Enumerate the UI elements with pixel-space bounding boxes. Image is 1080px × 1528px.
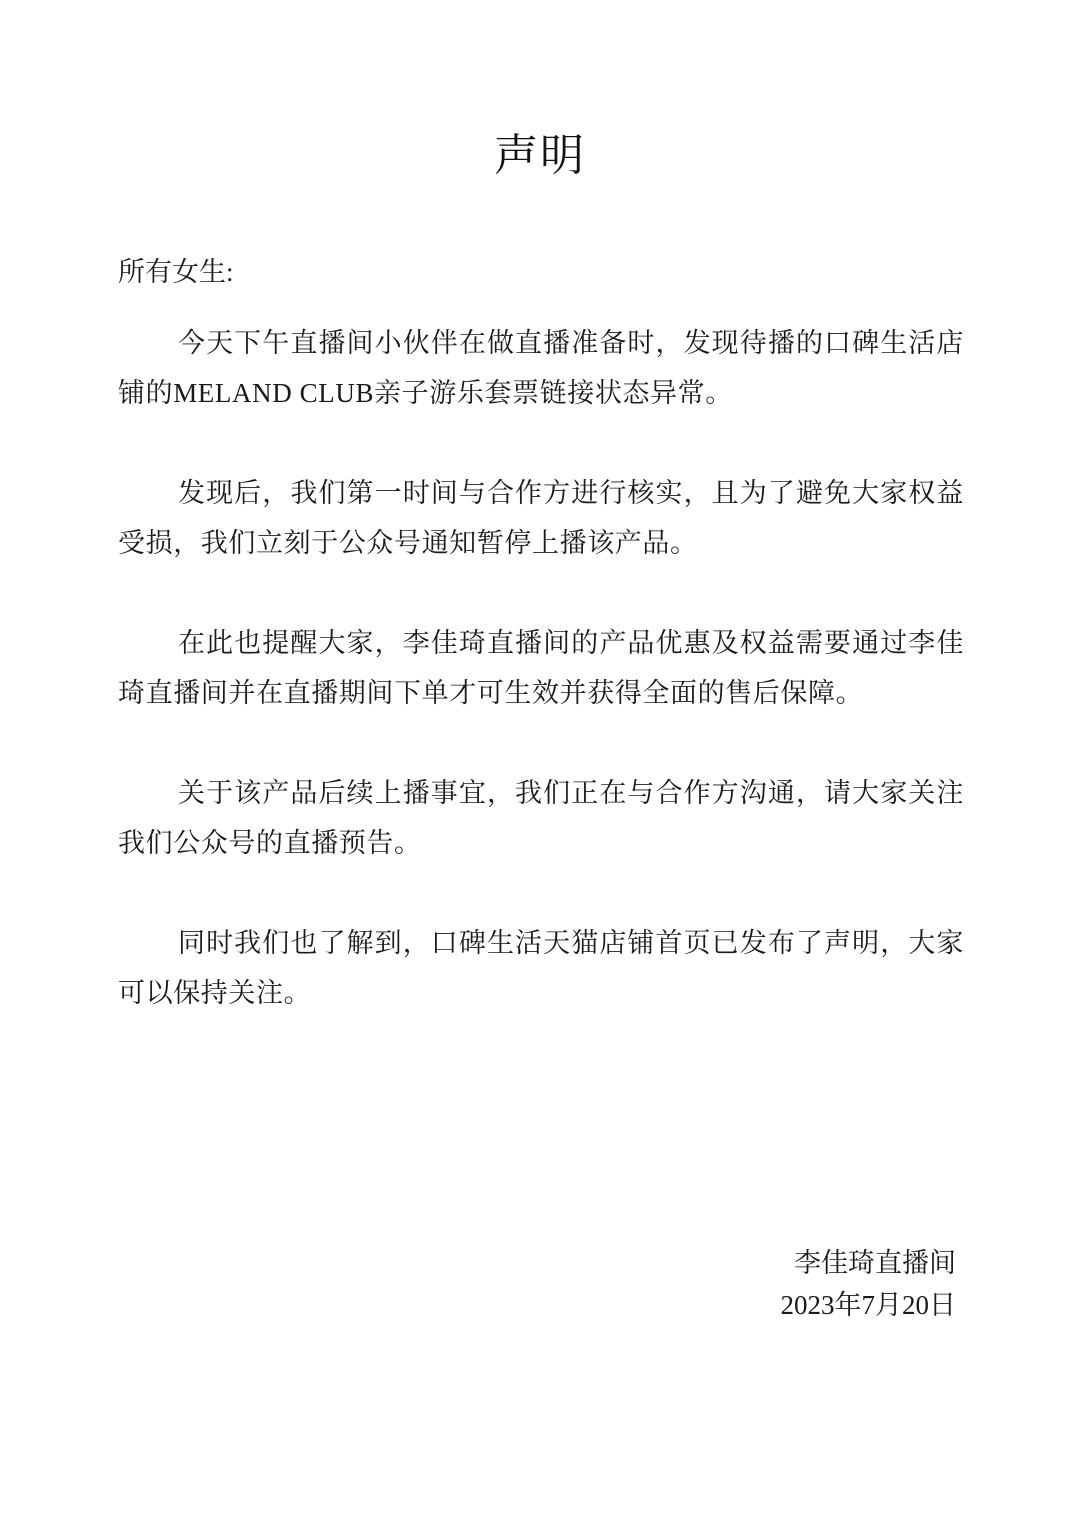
- signature-date: 2023年7月20日: [781, 1284, 957, 1326]
- paragraph-5: 同时我们也了解到，口碑生活天猫店铺首页已发布了声明，大家可以保持关注。: [118, 918, 964, 1018]
- paragraph-4: 关于该产品后续上播事宜，我们正在与合作方沟通，请大家关注我们公众号的直播预告。: [118, 768, 964, 868]
- signature-block: 李佳琦直播间 2023年7月20日: [781, 1242, 957, 1326]
- paragraph-3: 在此也提醒大家，李佳琦直播间的产品优惠及权益需要通过李佳琦直播间并在直播期间下单…: [118, 618, 964, 718]
- paragraph-2: 发现后，我们第一时间与合作方进行核实，且为了避免大家权益受损，我们立刻于公众号通…: [118, 468, 964, 568]
- paragraph-1: 今天下午直播间小伙伴在做直播准备时，发现待播的口碑生活店铺的MELAND CLU…: [118, 318, 964, 418]
- salutation: 所有女生:: [118, 252, 234, 292]
- document-title: 声明: [0, 126, 1080, 186]
- signature-issuer: 李佳琦直播间: [781, 1242, 957, 1284]
